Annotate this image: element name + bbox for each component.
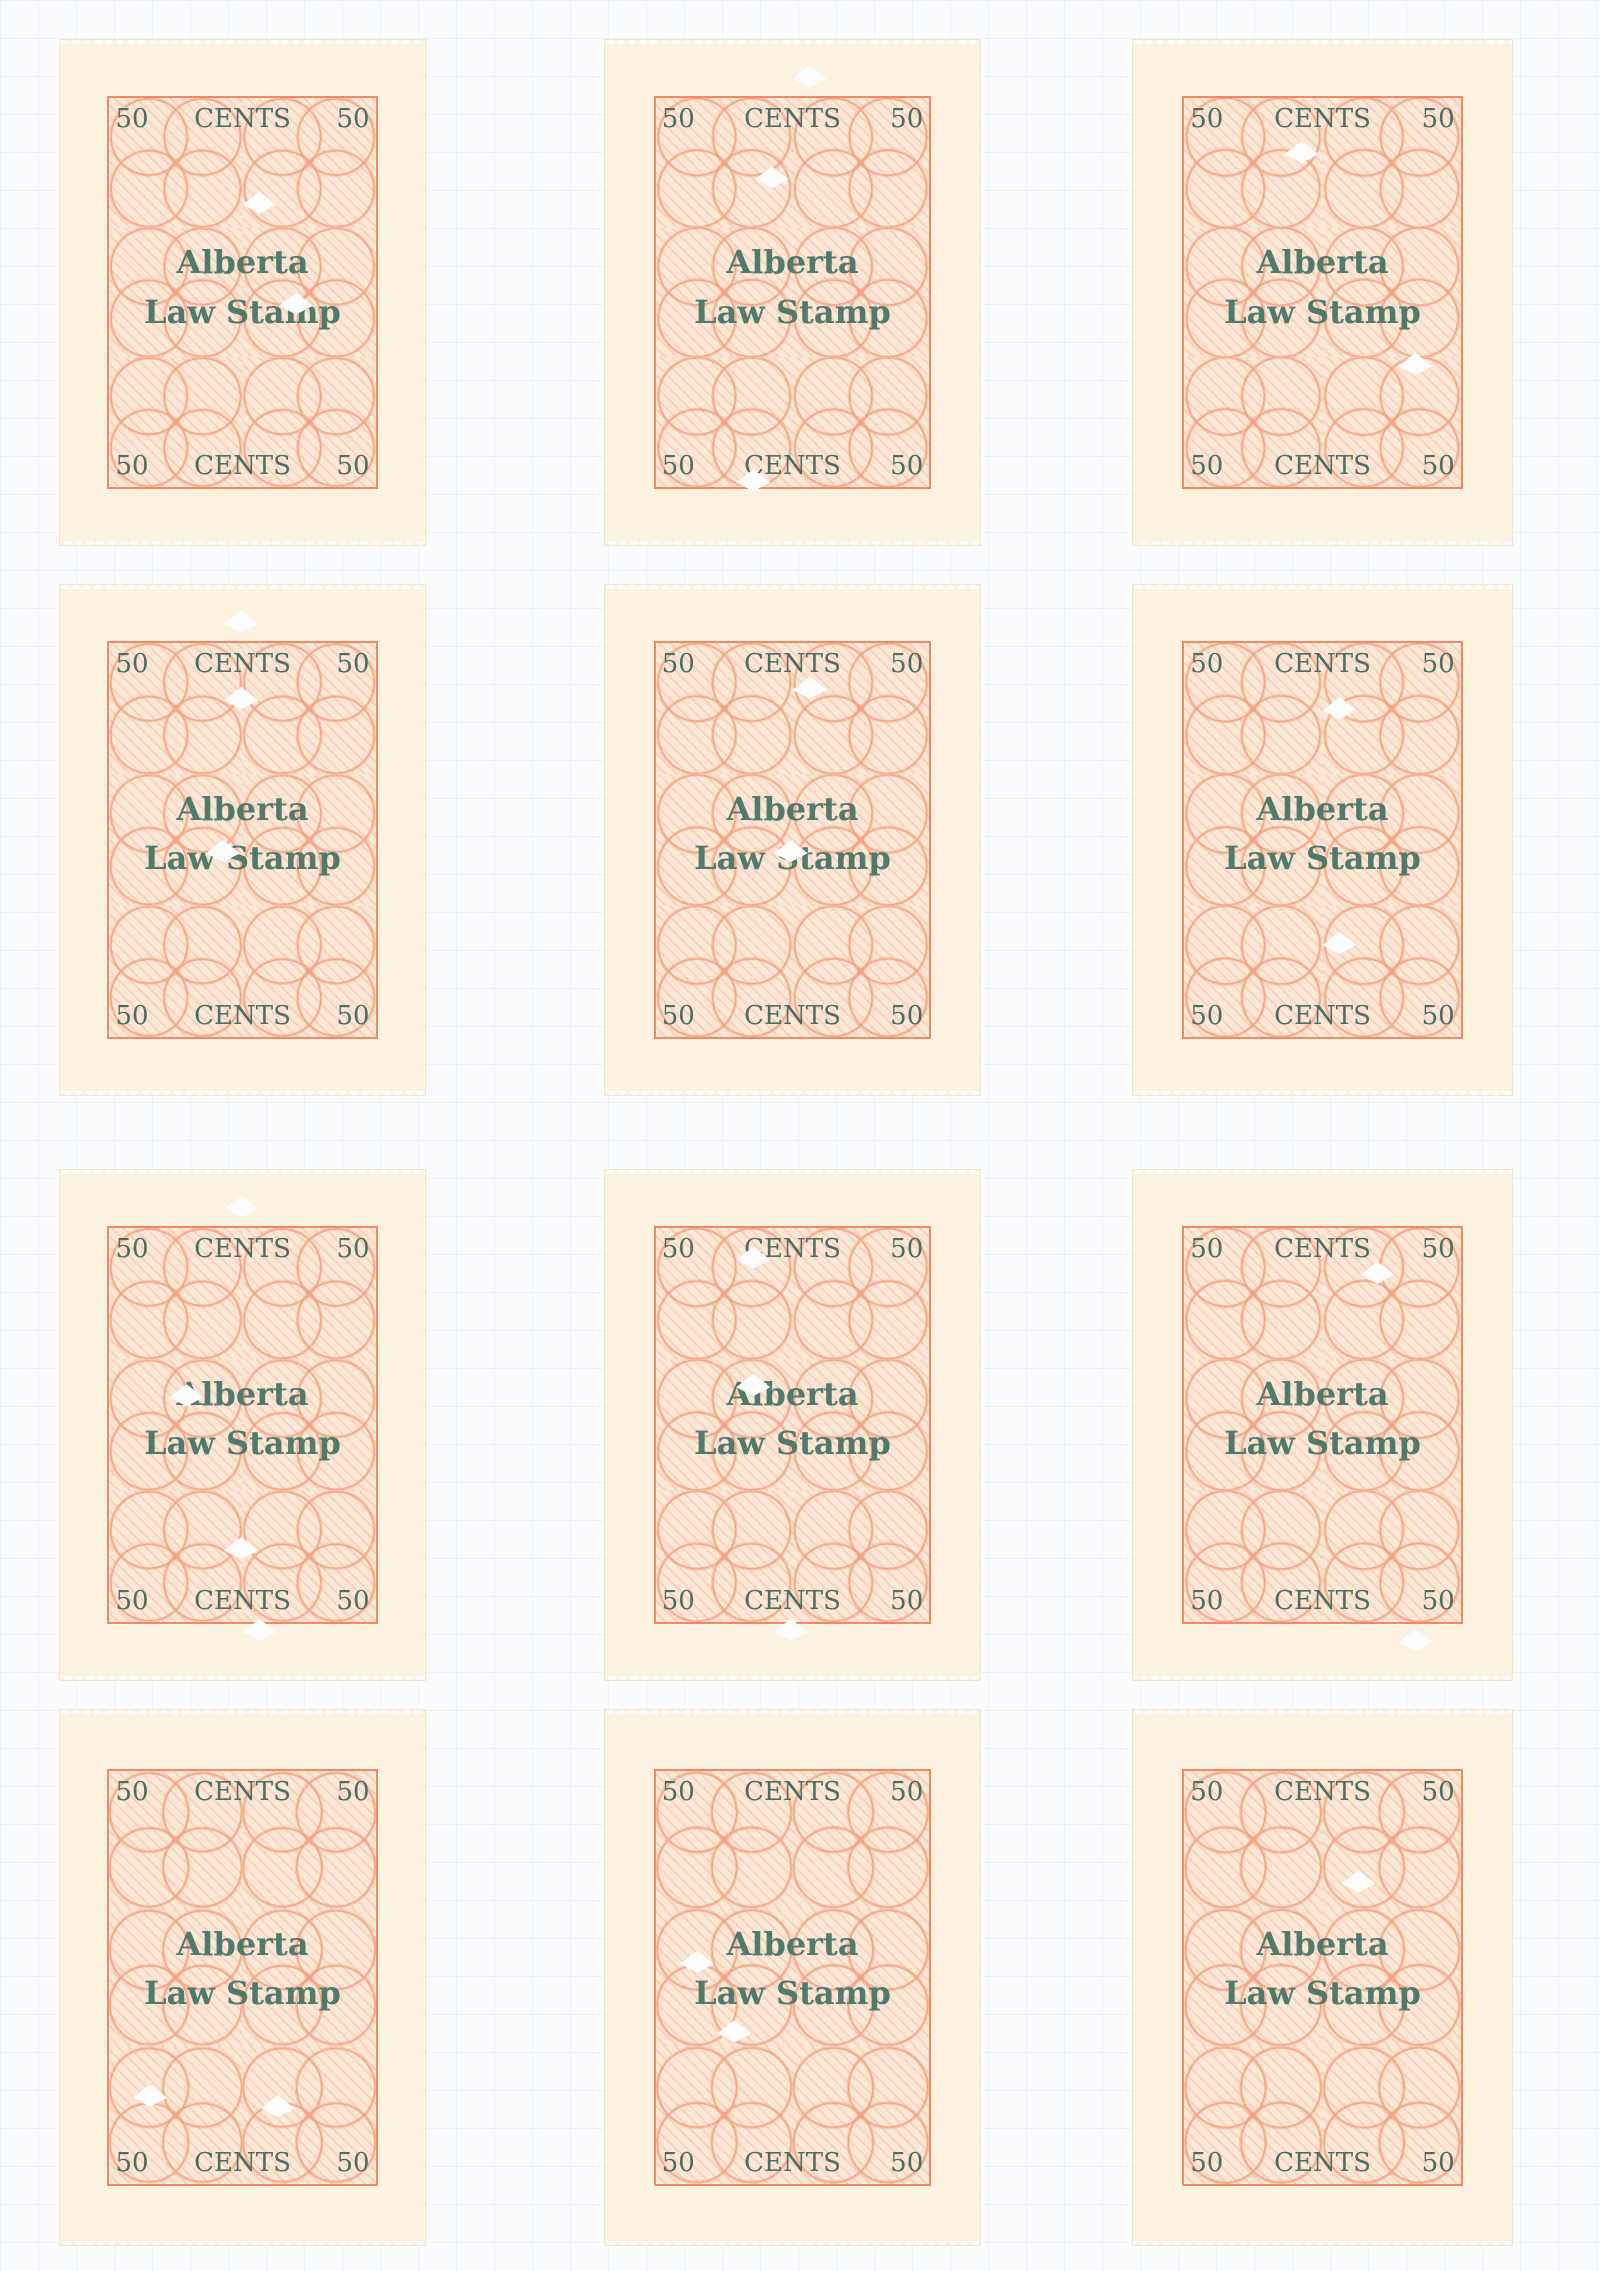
value-label: 50 <box>890 104 923 134</box>
province-label: Alberta <box>656 238 930 288</box>
value-label: 50 <box>336 649 369 679</box>
value-label: 50 <box>336 1001 369 1031</box>
bottom-denomination-row: 50 CENTS 50 <box>109 451 375 481</box>
top-denomination-row: 50 CENTS 50 <box>109 1777 375 1807</box>
stamp-title: Alberta Law Stamp <box>109 1920 375 2019</box>
cents-label: CENTS <box>1274 1001 1371 1031</box>
value-label: 50 <box>662 649 695 679</box>
cents-label: CENTS <box>744 1586 841 1616</box>
value-label: 50 <box>1422 2148 1455 2178</box>
stamp: 50 CENTS 50 Alberta Law Stamp 50 CENTS 5… <box>605 40 980 545</box>
scroll-design: 50 CENTS 50 Alberta Law Stamp 50 CENTS 5… <box>1182 1226 1462 1624</box>
top-denomination-row: 50 CENTS 50 <box>109 649 375 679</box>
cents-label: CENTS <box>1274 451 1371 481</box>
value-label: 50 <box>890 1234 923 1264</box>
law-stamp-label: Law Stamp <box>1184 288 1460 338</box>
value-label: 50 <box>115 1586 148 1616</box>
value-label: 50 <box>115 1234 148 1264</box>
province-label: Alberta <box>656 1370 930 1420</box>
top-denomination-row: 50 CENTS 50 <box>109 1234 375 1264</box>
stamp: 50 CENTS 50 Alberta Law Stamp 50 CENTS 5… <box>605 1710 980 2245</box>
stamp-title: Alberta Law Stamp <box>1184 1920 1460 2019</box>
scroll-design: 50 CENTS 50 Alberta Law Stamp 50 CENTS 5… <box>654 641 932 1039</box>
law-stamp-label: Law Stamp <box>109 834 375 884</box>
stamp-title: Alberta Law Stamp <box>109 238 375 337</box>
value-label: 50 <box>336 104 369 134</box>
value-label: 50 <box>890 649 923 679</box>
top-denomination-row: 50 CENTS 50 <box>656 1777 930 1807</box>
cents-label: CENTS <box>1274 1777 1371 1807</box>
value-label: 50 <box>890 1586 923 1616</box>
law-stamp-label: Law Stamp <box>109 1419 375 1469</box>
scroll-design: 50 CENTS 50 Alberta Law Stamp 50 CENTS 5… <box>1182 1769 1462 2186</box>
punch-hole-icon <box>224 611 258 633</box>
law-stamp-label: Law Stamp <box>109 1969 375 2019</box>
top-denomination-row: 50 CENTS 50 <box>1184 1777 1460 1807</box>
value-label: 50 <box>1422 1586 1455 1616</box>
stamp: 50 CENTS 50 Alberta Law Stamp 50 CENTS 5… <box>1133 1710 1512 2245</box>
value-label: 50 <box>1190 1001 1223 1031</box>
scroll-design: 50 CENTS 50 Alberta Law Stamp 50 CENTS 5… <box>654 1769 932 2186</box>
scroll-design: 50 CENTS 50 Alberta Law Stamp 50 CENTS 5… <box>1182 96 1462 490</box>
province-label: Alberta <box>109 785 375 835</box>
top-denomination-row: 50 CENTS 50 <box>109 104 375 134</box>
stamp-title: Alberta Law Stamp <box>109 785 375 884</box>
value-label: 50 <box>1190 649 1223 679</box>
scroll-design: 50 CENTS 50 Alberta Law Stamp 50 CENTS 5… <box>1182 641 1462 1039</box>
cents-label: CENTS <box>1274 1586 1371 1616</box>
law-stamp-label: Law Stamp <box>1184 834 1460 884</box>
punch-hole-icon <box>224 1196 258 1218</box>
top-denomination-row: 50 CENTS 50 <box>1184 104 1460 134</box>
value-label: 50 <box>336 1777 369 1807</box>
value-label: 50 <box>1422 104 1455 134</box>
value-label: 50 <box>662 1586 695 1616</box>
stamp-title: Alberta Law Stamp <box>656 1370 930 1469</box>
value-label: 50 <box>1190 1777 1223 1807</box>
value-label: 50 <box>662 1001 695 1031</box>
value-label: 50 <box>890 2148 923 2178</box>
stamp: 50 CENTS 50 Alberta Law Stamp 50 CENTS 5… <box>60 585 425 1095</box>
cents-label: CENTS <box>194 104 291 134</box>
value-label: 50 <box>336 1234 369 1264</box>
cents-label: CENTS <box>744 649 841 679</box>
value-label: 50 <box>1422 649 1455 679</box>
value-label: 50 <box>1422 1234 1455 1264</box>
cents-label: CENTS <box>194 1777 291 1807</box>
province-label: Alberta <box>109 1920 375 1970</box>
value-label: 50 <box>1422 451 1455 481</box>
value-label: 50 <box>890 451 923 481</box>
value-label: 50 <box>1190 451 1223 481</box>
province-label: Alberta <box>656 785 930 835</box>
stamp-title: Alberta Law Stamp <box>1184 238 1460 337</box>
value-label: 50 <box>890 1777 923 1807</box>
province-label: Alberta <box>109 1370 375 1420</box>
stamp: 50 CENTS 50 Alberta Law Stamp 50 CENTS 5… <box>605 585 980 1095</box>
value-label: 50 <box>662 2148 695 2178</box>
stamp-title: Alberta Law Stamp <box>656 238 930 337</box>
value-label: 50 <box>1422 1001 1455 1031</box>
scroll-design: 50 CENTS 50 Alberta Law Stamp 50 CENTS 5… <box>654 96 932 490</box>
stamp: 50 CENTS 50 Alberta Law Stamp 50 CENTS 5… <box>60 1170 425 1680</box>
cents-label: CENTS <box>194 1586 291 1616</box>
cents-label: CENTS <box>1274 2148 1371 2178</box>
bottom-denomination-row: 50 CENTS 50 <box>656 451 930 481</box>
stamp: 50 CENTS 50 Alberta Law Stamp 50 CENTS 5… <box>1133 1170 1512 1680</box>
stamp-title: Alberta Law Stamp <box>1184 1370 1460 1469</box>
value-label: 50 <box>115 1001 148 1031</box>
stamp: 50 CENTS 50 Alberta Law Stamp 50 CENTS 5… <box>605 1170 980 1680</box>
law-stamp-label: Law Stamp <box>1184 1419 1460 1469</box>
bottom-denomination-row: 50 CENTS 50 <box>656 2148 930 2178</box>
bottom-denomination-row: 50 CENTS 50 <box>109 2148 375 2178</box>
province-label: Alberta <box>1184 1920 1460 1970</box>
stamp-title: Alberta Law Stamp <box>656 785 930 884</box>
stamp-title: Alberta Law Stamp <box>109 1370 375 1469</box>
stamp: 50 CENTS 50 Alberta Law Stamp 50 CENTS 5… <box>60 40 425 545</box>
value-label: 50 <box>1190 104 1223 134</box>
law-stamp-label: Law Stamp <box>656 1969 930 2019</box>
bottom-denomination-row: 50 CENTS 50 <box>656 1586 930 1616</box>
cents-label: CENTS <box>1274 1234 1371 1264</box>
province-label: Alberta <box>109 238 375 288</box>
law-stamp-label: Law Stamp <box>109 288 375 338</box>
top-denomination-row: 50 CENTS 50 <box>656 104 930 134</box>
cents-label: CENTS <box>744 1001 841 1031</box>
province-label: Alberta <box>1184 1370 1460 1420</box>
stamp: 50 CENTS 50 Alberta Law Stamp 50 CENTS 5… <box>1133 585 1512 1095</box>
value-label: 50 <box>115 2148 148 2178</box>
law-stamp-label: Law Stamp <box>1184 1969 1460 2019</box>
value-label: 50 <box>890 1001 923 1031</box>
cents-label: CENTS <box>194 1001 291 1031</box>
bottom-denomination-row: 50 CENTS 50 <box>1184 2148 1460 2178</box>
value-label: 50 <box>336 1586 369 1616</box>
cents-label: CENTS <box>744 2148 841 2178</box>
value-label: 50 <box>662 451 695 481</box>
stamp-title: Alberta Law Stamp <box>1184 785 1460 884</box>
cents-label: CENTS <box>1274 104 1371 134</box>
bottom-denomination-row: 50 CENTS 50 <box>109 1001 375 1031</box>
punch-hole-icon <box>1398 1629 1432 1651</box>
value-label: 50 <box>115 649 148 679</box>
law-stamp-label: Law Stamp <box>656 288 930 338</box>
value-label: 50 <box>1190 1586 1223 1616</box>
value-label: 50 <box>336 451 369 481</box>
scroll-design: 50 CENTS 50 Alberta Law Stamp 50 CENTS 5… <box>107 1769 377 2186</box>
top-denomination-row: 50 CENTS 50 <box>656 1234 930 1264</box>
value-label: 50 <box>115 104 148 134</box>
punch-hole-icon <box>793 65 827 87</box>
cents-label: CENTS <box>194 451 291 481</box>
cents-label: CENTS <box>1274 649 1371 679</box>
cents-label: CENTS <box>194 2148 291 2178</box>
top-denomination-row: 50 CENTS 50 <box>656 649 930 679</box>
value-label: 50 <box>115 451 148 481</box>
bottom-denomination-row: 50 CENTS 50 <box>656 1001 930 1031</box>
scroll-design: 50 CENTS 50 Alberta Law Stamp 50 CENTS 5… <box>107 96 377 490</box>
law-stamp-label: Law Stamp <box>656 1419 930 1469</box>
stamp: 50 CENTS 50 Alberta Law Stamp 50 CENTS 5… <box>60 1710 425 2245</box>
value-label: 50 <box>1190 2148 1223 2178</box>
bottom-denomination-row: 50 CENTS 50 <box>1184 1586 1460 1616</box>
top-denomination-row: 50 CENTS 50 <box>1184 1234 1460 1264</box>
province-label: Alberta <box>1184 785 1460 835</box>
value-label: 50 <box>1190 1234 1223 1264</box>
value-label: 50 <box>336 2148 369 2178</box>
bottom-denomination-row: 50 CENTS 50 <box>1184 451 1460 481</box>
cents-label: CENTS <box>744 104 841 134</box>
value-label: 50 <box>662 1777 695 1807</box>
province-label: Alberta <box>1184 238 1460 288</box>
value-label: 50 <box>115 1777 148 1807</box>
stamp: 50 CENTS 50 Alberta Law Stamp 50 CENTS 5… <box>1133 40 1512 545</box>
cents-label: CENTS <box>744 1777 841 1807</box>
scroll-design: 50 CENTS 50 Alberta Law Stamp 50 CENTS 5… <box>107 1226 377 1624</box>
cents-label: CENTS <box>194 649 291 679</box>
top-denomination-row: 50 CENTS 50 <box>1184 649 1460 679</box>
value-label: 50 <box>1422 1777 1455 1807</box>
scroll-design: 50 CENTS 50 Alberta Law Stamp 50 CENTS 5… <box>654 1226 932 1624</box>
bottom-denomination-row: 50 CENTS 50 <box>1184 1001 1460 1031</box>
value-label: 50 <box>662 104 695 134</box>
value-label: 50 <box>662 1234 695 1264</box>
bottom-denomination-row: 50 CENTS 50 <box>109 1586 375 1616</box>
cents-label: CENTS <box>194 1234 291 1264</box>
